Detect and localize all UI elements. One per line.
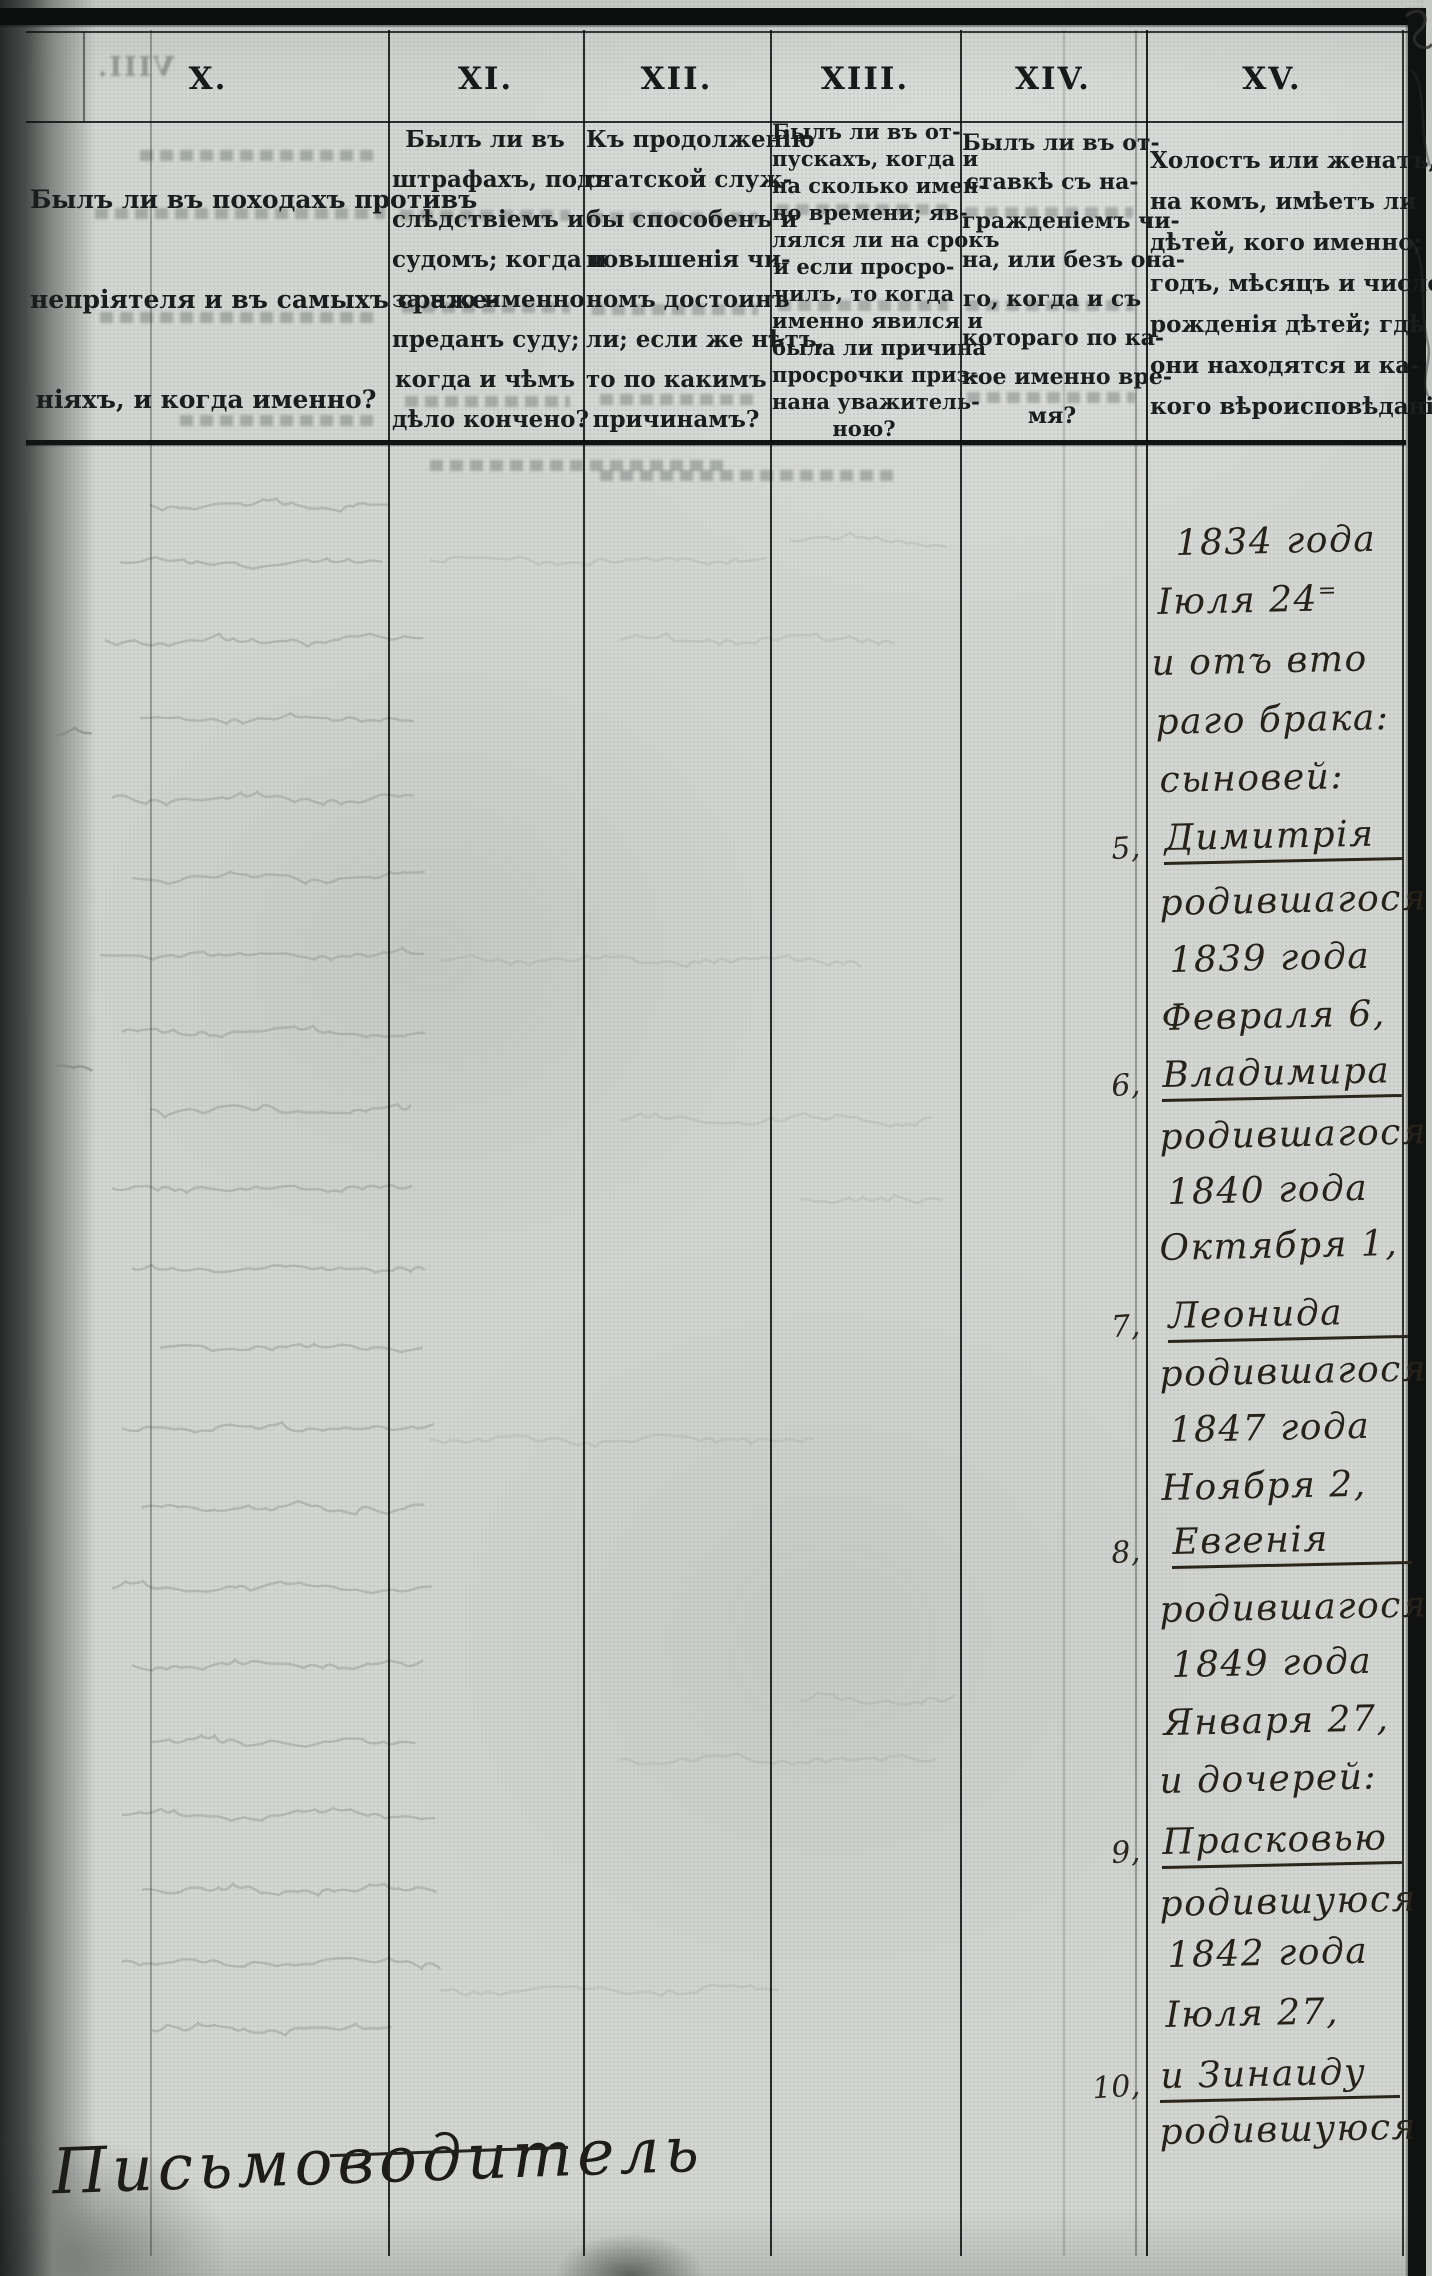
question-line: дѣло кончено? bbox=[392, 400, 578, 440]
bleedthrough-squiggle bbox=[142, 1501, 424, 1514]
entry-line: 1839 года bbox=[1169, 936, 1371, 981]
question-line: штрафахъ, подъ bbox=[392, 160, 578, 200]
entry-text: 1840 года bbox=[1167, 1168, 1369, 1213]
entry-text: Димитрія bbox=[1163, 813, 1404, 865]
bleedthrough-squiggle bbox=[800, 1693, 954, 1705]
bleedthrough-squiggle bbox=[112, 1581, 432, 1593]
entry-line: Владимира bbox=[1161, 1050, 1402, 1102]
top-thin-rule bbox=[26, 31, 1420, 33]
question-line: бы способенъ и bbox=[586, 200, 766, 240]
entry-text: и дочерей: bbox=[1159, 1756, 1377, 1802]
entry-text: сыновей: bbox=[1159, 756, 1344, 801]
bleedthrough-squiggle bbox=[122, 1422, 434, 1432]
question-line: слѣдствіемъ и bbox=[392, 200, 578, 240]
bleedthrough-squiggle bbox=[790, 533, 946, 547]
question-line: мя? bbox=[962, 397, 1142, 436]
question-line: судомъ; когда и bbox=[392, 240, 578, 280]
entry-line: Леонида bbox=[1167, 1291, 1408, 1343]
entry-text: раго брака: bbox=[1155, 697, 1390, 743]
question-line: кого вѣроисповѣданія? bbox=[1150, 386, 1398, 427]
entry-margin-number: 10, bbox=[1085, 2068, 1141, 2107]
entry-text: Января 27, bbox=[1163, 1698, 1390, 1744]
question-line: годъ, мѣсяцъ и число bbox=[1150, 263, 1398, 304]
question-line: ставкѣ съ на- bbox=[962, 163, 1142, 202]
entry-line: 1847 года bbox=[1169, 1406, 1371, 1451]
question-line: на сколько имен- bbox=[772, 172, 956, 199]
entry-margin-number: 9, bbox=[1085, 1834, 1141, 1873]
bleedthrough-squiggle bbox=[56, 728, 92, 735]
entry-line: и отъ вто bbox=[1151, 638, 1368, 684]
entry-line: родившагося bbox=[1159, 1584, 1427, 1631]
bleedthrough-squiggle bbox=[800, 1195, 942, 1203]
entry-line: и Зинаиду bbox=[1159, 2051, 1400, 2103]
bleedthrough-squiggle bbox=[122, 1026, 425, 1037]
question-line: го, когда и съ bbox=[962, 280, 1142, 319]
entry-line: Ноября 2, bbox=[1161, 1464, 1367, 1509]
entry-margin-number: 7, bbox=[1085, 1308, 1141, 1347]
bleedthrough-squiggle bbox=[150, 1104, 411, 1117]
column-rule bbox=[583, 30, 585, 2256]
entry-line: и дочерей: bbox=[1159, 1756, 1377, 1802]
entry-text: родившуюся bbox=[1159, 1879, 1417, 1925]
question-line: преданъ суду; bbox=[392, 320, 578, 360]
entry-text: 1839 года bbox=[1169, 936, 1371, 981]
column-xv-numeral: XV. bbox=[1146, 44, 1398, 114]
question-line: Былъ ли въ bbox=[392, 120, 578, 160]
entry-line: Октября 1, bbox=[1159, 1223, 1398, 1269]
question-line: статской служ- bbox=[586, 160, 766, 200]
bleedthrough-squiggle bbox=[112, 1185, 412, 1192]
question-line: чилъ, то когда bbox=[772, 280, 956, 307]
bleedthrough-squiggle bbox=[142, 1884, 437, 1896]
bleedthrough-squiggle bbox=[620, 1113, 932, 1127]
bleedthrough-squiggle bbox=[150, 499, 389, 512]
question-line: дѣтей, кого именно; bbox=[1150, 222, 1398, 263]
column-xiv-question: Былъ ли въ от-ставкѣ съ на-гражденіемъ ч… bbox=[962, 124, 1142, 436]
entry-line: родившуюся bbox=[1159, 1879, 1417, 1925]
question-line: Къ продолженію bbox=[586, 120, 766, 160]
column-xiii-numeral: XIII. bbox=[770, 44, 960, 114]
question-line: именно явился и bbox=[772, 307, 956, 334]
entry-text: Владимира bbox=[1161, 1050, 1402, 1102]
column-xii-numeral: XII. bbox=[583, 44, 770, 114]
entry-text: Евгенія bbox=[1171, 1517, 1412, 1569]
entry-text: родившагося bbox=[1159, 877, 1427, 924]
question-line: когда и чѣмъ bbox=[392, 360, 578, 400]
column-xi-question: Былъ ли въштрафахъ, подъслѣдствіемъ исуд… bbox=[392, 120, 578, 440]
entry-line: 1834 года bbox=[1175, 519, 1377, 564]
bleedthrough-squiggle bbox=[122, 1958, 440, 1969]
top-border-rule bbox=[0, 8, 1426, 25]
entry-text: Іюля 24 bbox=[1157, 579, 1318, 623]
entry-text: родившагося bbox=[1159, 1348, 1427, 1395]
entry-line: Димитрія bbox=[1163, 813, 1404, 865]
question-line: рожденія дѣтей; гдѣ bbox=[1150, 304, 1398, 345]
bleedthrough-squiggle bbox=[440, 955, 861, 967]
entry-line: Іюля 27, bbox=[1165, 1991, 1339, 2036]
question-line: на, или безъ она- bbox=[962, 241, 1142, 280]
question-line: ли; если же нѣтъ, bbox=[586, 320, 766, 360]
bleedthrough-squiggle bbox=[620, 1753, 936, 1764]
entry-line: Прасковью bbox=[1161, 1817, 1402, 1869]
column-xi-numeral: XI. bbox=[388, 44, 583, 114]
entry-superscript: = bbox=[1318, 578, 1338, 603]
question-line: была ли причина bbox=[772, 334, 956, 361]
question-line: они находятся и ка- bbox=[1150, 345, 1398, 386]
entry-margin-number: 6, bbox=[1085, 1067, 1141, 1106]
entry-text: Леонида bbox=[1167, 1291, 1408, 1343]
question-line: просрочки приз- bbox=[772, 361, 956, 388]
question-line: ніяхъ, и когда именно? bbox=[30, 350, 382, 450]
column-x-question: Былъ ли въ походахъ противънепріятеля и … bbox=[30, 150, 382, 450]
question-line: номъ достоинъ bbox=[586, 280, 766, 320]
entry-text: 1847 года bbox=[1169, 1406, 1371, 1451]
entry-text: Прасковью bbox=[1161, 1817, 1402, 1869]
bleedthrough-squiggle bbox=[430, 1435, 814, 1447]
bleedthrough-squiggle bbox=[105, 634, 423, 647]
bleedthrough-print-bar bbox=[600, 470, 900, 481]
bleedthrough-squiggle bbox=[160, 1344, 422, 1352]
entry-text: родившагося bbox=[1159, 1111, 1427, 1158]
question-line: Былъ ли въ от- bbox=[772, 118, 956, 145]
entry-text: Октября 1, bbox=[1159, 1223, 1398, 1269]
column-xii-question: Къ продолженіюстатской служ-бы способенъ… bbox=[586, 120, 766, 440]
question-line: ною? bbox=[772, 415, 956, 442]
bleedthrough-squiggle bbox=[56, 1066, 92, 1071]
bleedthrough-squiggle bbox=[112, 792, 413, 805]
bleedthrough-squiggle bbox=[430, 557, 766, 565]
bleedthrough-squiggle bbox=[440, 1985, 778, 1996]
question-line: и если просро- bbox=[772, 253, 956, 280]
entry-text: и Зинаиду bbox=[1159, 2051, 1400, 2103]
question-line: повышенія чи- bbox=[586, 240, 766, 280]
question-line: за что именно bbox=[392, 280, 578, 320]
entry-line: родившуюся bbox=[1159, 2107, 1417, 2153]
column-xiii-question: Былъ ли въ от-пускахъ, когда ина сколько… bbox=[772, 118, 956, 442]
entry-line: родившагося bbox=[1159, 1111, 1427, 1158]
entry-text: Февраля 6, bbox=[1161, 993, 1386, 1039]
entry-margin-number: 8, bbox=[1085, 1534, 1141, 1573]
question-line: причинамъ? bbox=[586, 400, 766, 440]
entry-margin-number: 5, bbox=[1085, 830, 1141, 869]
bleedthrough-squiggle bbox=[132, 872, 425, 884]
entry-text: родившуюся bbox=[1159, 2107, 1417, 2153]
column-xiv-numeral: XIV. bbox=[960, 44, 1146, 114]
entry-line: 1849 года bbox=[1171, 1641, 1373, 1686]
column-xv-question: Холостъ или женатъ,на комъ, имѣетъ лидѣт… bbox=[1150, 140, 1398, 427]
entry-text: 1849 года bbox=[1171, 1641, 1373, 1686]
question-line: непріятеля и въ самыхъ сраже- bbox=[30, 250, 382, 350]
bleedthrough-squiggle bbox=[140, 713, 414, 724]
entry-line: Евгенія bbox=[1171, 1517, 1412, 1569]
question-line: на комъ, имѣетъ ли bbox=[1150, 181, 1398, 222]
entry-line: раго брака: bbox=[1155, 697, 1390, 743]
entry-text: родившагося bbox=[1159, 1584, 1427, 1631]
bleedthrough-squiggle bbox=[152, 2023, 391, 2035]
question-line: котораго по ка- bbox=[962, 319, 1142, 358]
entry-line: 1842 года bbox=[1167, 1931, 1369, 1976]
question-line: Былъ ли въ от- bbox=[962, 124, 1142, 163]
entry-line: 1840 года bbox=[1167, 1168, 1369, 1213]
entry-text: Іюля 27, bbox=[1165, 1991, 1339, 2036]
bleedthrough-squiggle bbox=[100, 948, 424, 960]
question-line: Холостъ или женатъ, bbox=[1150, 140, 1398, 181]
question-line: лялся ли на срокъ bbox=[772, 226, 956, 253]
bleedthrough-squiggle bbox=[152, 1735, 415, 1746]
entry-text: Ноября 2, bbox=[1161, 1464, 1367, 1509]
question-line: пускахъ, когда и bbox=[772, 145, 956, 172]
bleedthrough-squiggle bbox=[120, 557, 383, 568]
column-x-numeral: X. bbox=[28, 44, 388, 114]
question-line: то по какимъ bbox=[586, 360, 766, 400]
entry-text: 1842 года bbox=[1167, 1931, 1369, 1976]
entry-line: Февраля 6, bbox=[1161, 993, 1386, 1039]
bleedthrough-squiggle bbox=[132, 1660, 423, 1671]
question-line: нана уважитель- bbox=[772, 388, 956, 415]
question-line: Былъ ли въ походахъ противъ bbox=[30, 150, 382, 250]
entry-text: и отъ вто bbox=[1151, 638, 1368, 684]
scanned-service-record-page: VIII. X. XI. XII. XIII. XIV. XV. Былъ ли… bbox=[0, 0, 1432, 2276]
question-line: но времени; яв- bbox=[772, 199, 956, 226]
entry-text: 1834 года bbox=[1175, 519, 1377, 564]
entry-line: родившагося bbox=[1159, 1348, 1427, 1395]
entry-line: родившагося bbox=[1159, 877, 1427, 924]
question-line: гражденіемъ чи- bbox=[962, 202, 1142, 241]
entry-line: Іюля 24= bbox=[1157, 578, 1338, 623]
entry-line: сыновей: bbox=[1159, 756, 1344, 801]
entry-line: Января 27, bbox=[1163, 1698, 1390, 1744]
bleedthrough-squiggle bbox=[620, 633, 895, 645]
column-rule bbox=[388, 30, 390, 2256]
question-line: кое именно вре- bbox=[962, 358, 1142, 397]
bleedthrough-squiggle bbox=[132, 1265, 425, 1273]
